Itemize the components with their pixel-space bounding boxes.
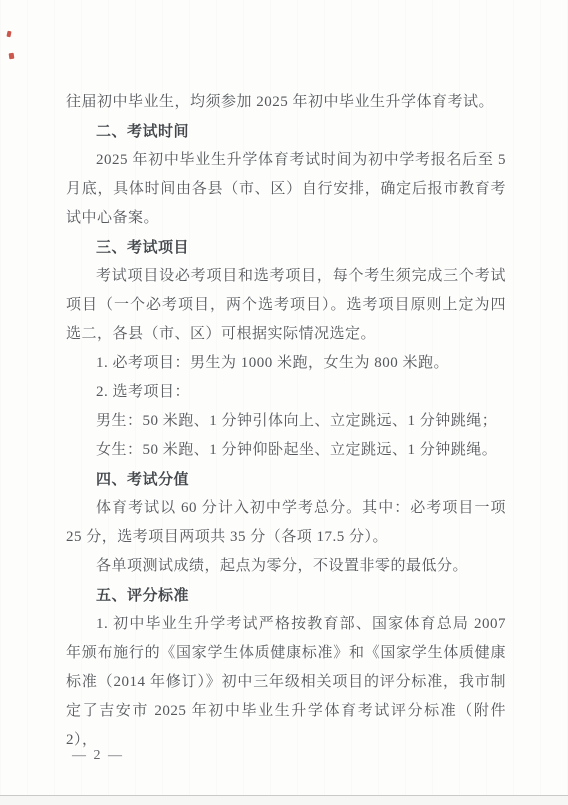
section-heading: 三、考试项目 bbox=[66, 233, 506, 262]
document-page: 往届初中毕业生，均须参加 2025 年初中毕业生升学体育考试。二、考试时间202… bbox=[0, 0, 568, 805]
red-mark-artifact bbox=[6, 31, 11, 38]
red-mark-artifact bbox=[9, 53, 15, 60]
paragraph: 各单项测试成绩，起点为零分，不设置非零的最低分。 bbox=[66, 552, 506, 581]
section-heading: 四、考试分值 bbox=[66, 465, 506, 494]
section-heading: 二、考试时间 bbox=[66, 117, 506, 146]
paragraph: 2. 选考项目： bbox=[66, 378, 506, 407]
paragraph: 女生：50 米跑、1 分钟仰卧起坐、立定跳远、1 分钟跳绳。 bbox=[66, 436, 506, 465]
document-body: 往届初中毕业生，均须参加 2025 年初中毕业生升学体育考试。二、考试时间202… bbox=[66, 88, 506, 755]
paragraph: 往届初中毕业生，均须参加 2025 年初中毕业生升学体育考试。 bbox=[66, 88, 506, 117]
section-heading: 五、评分标准 bbox=[66, 581, 506, 610]
paragraph: 2025 年初中毕业生升学体育考试时间为初中学考报名后至 5 月底，具体时间由各… bbox=[66, 146, 506, 233]
paragraph: 考试项目设必考项目和选考项目，每个考生须完成三个考试项目（一个必考项目，两个选考… bbox=[66, 262, 506, 349]
paragraph: 体育考试以 60 分计入初中学考总分。其中：必考项目一项 25 分，选考项目两项… bbox=[66, 494, 506, 552]
page-number: — 2 — bbox=[72, 748, 124, 764]
scan-edge-shadow bbox=[0, 796, 568, 805]
paragraph: 1. 必考项目：男生为 1000 米跑，女生为 800 米跑。 bbox=[66, 349, 506, 378]
paragraph: 男生：50 米跑、1 分钟引体向上、立定跳远、1 分钟跳绳； bbox=[66, 407, 506, 436]
paragraph: 1. 初中毕业生升学考试严格按教育部、国家体育总局 2007 年颁布施行的《国家… bbox=[66, 610, 506, 755]
